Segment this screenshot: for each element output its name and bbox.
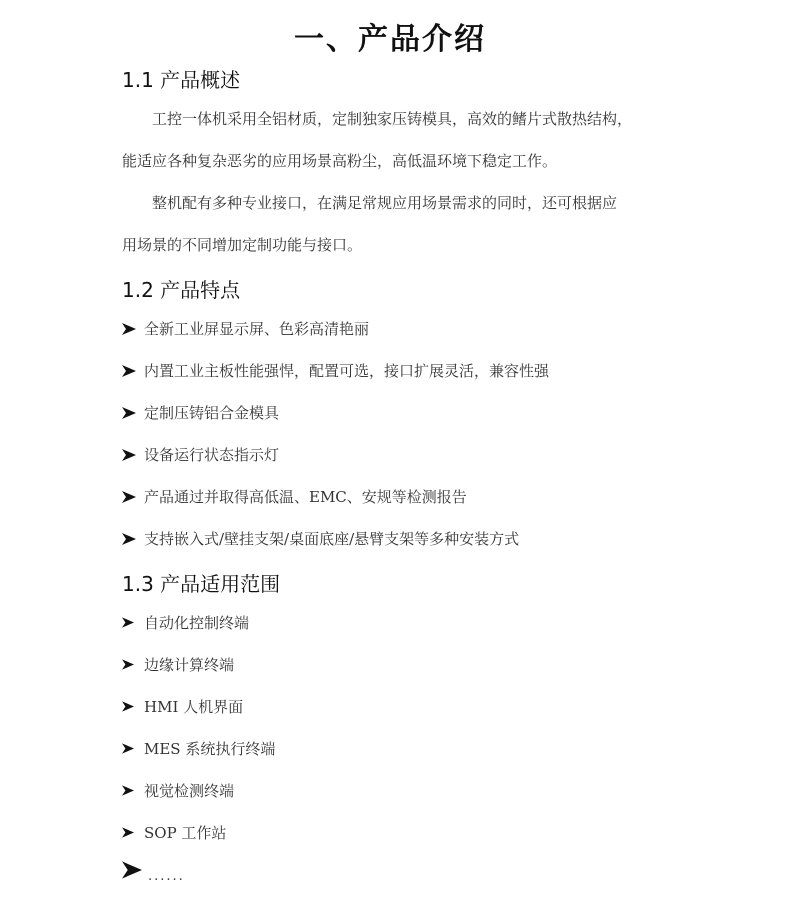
paragraph-line: 能适应各种复杂恶劣的应用场景高粉尘，高低温环境下稳定工作。 bbox=[122, 150, 557, 171]
arrow-bullet-icon bbox=[122, 785, 144, 796]
section-heading-features: 1.2 产品特点 bbox=[122, 274, 240, 303]
paragraph-line: 工控一体机采用全铝材质，定制独家压铸模具，高效的鳍片式散热结构， bbox=[152, 108, 632, 129]
list-item: 定制压铸铝合金模具 bbox=[122, 402, 279, 423]
list-item: HMI 人机界面 bbox=[122, 696, 243, 717]
list-item: 全新工业屏显示屏、色彩高清艳丽 bbox=[122, 318, 369, 339]
paragraph-line: 整机配有多种专业接口，在满足常规应用场景需求的同时，还可根据应 bbox=[152, 192, 617, 213]
page-title: 一、产品介绍 bbox=[0, 14, 780, 58]
arrow-bullet-icon bbox=[122, 659, 144, 670]
arrow-bullet-icon bbox=[122, 860, 148, 880]
arrow-bullet-icon bbox=[122, 701, 144, 712]
list-item: SOP 工作站 bbox=[122, 822, 226, 843]
arrow-bullet-icon bbox=[122, 491, 144, 503]
arrow-bullet-icon bbox=[122, 743, 144, 754]
arrow-bullet-icon bbox=[122, 323, 144, 335]
arrow-bullet-icon bbox=[122, 449, 144, 461]
list-item: ...... bbox=[122, 860, 185, 880]
list-item: 边缘计算终端 bbox=[122, 654, 234, 675]
section-heading-applications: 1.3 产品适用范围 bbox=[122, 568, 280, 597]
list-item: 内置工业主板性能强悍，配置可选，接口扩展灵活，兼容性强 bbox=[122, 360, 549, 381]
arrow-bullet-icon bbox=[122, 407, 144, 419]
list-item: MES 系统执行终端 bbox=[122, 738, 275, 759]
list-item: 设备运行状态指示灯 bbox=[122, 444, 279, 465]
arrow-bullet-icon bbox=[122, 365, 144, 377]
list-item: 支持嵌入式/壁挂支架/桌面底座/悬臂支架等多种安装方式 bbox=[122, 528, 519, 549]
paragraph-line: 用场景的不同增加定制功能与接口。 bbox=[122, 234, 362, 255]
arrow-bullet-icon bbox=[122, 617, 144, 628]
list-item: 视觉检测终端 bbox=[122, 780, 234, 801]
arrow-bullet-icon bbox=[122, 533, 144, 545]
list-item: 自动化控制终端 bbox=[122, 612, 249, 633]
arrow-bullet-icon bbox=[122, 827, 144, 838]
list-item: 产品通过并取得高低温、EMC、安规等检测报告 bbox=[122, 486, 467, 507]
section-heading-overview: 1.1 产品概述 bbox=[122, 64, 240, 93]
